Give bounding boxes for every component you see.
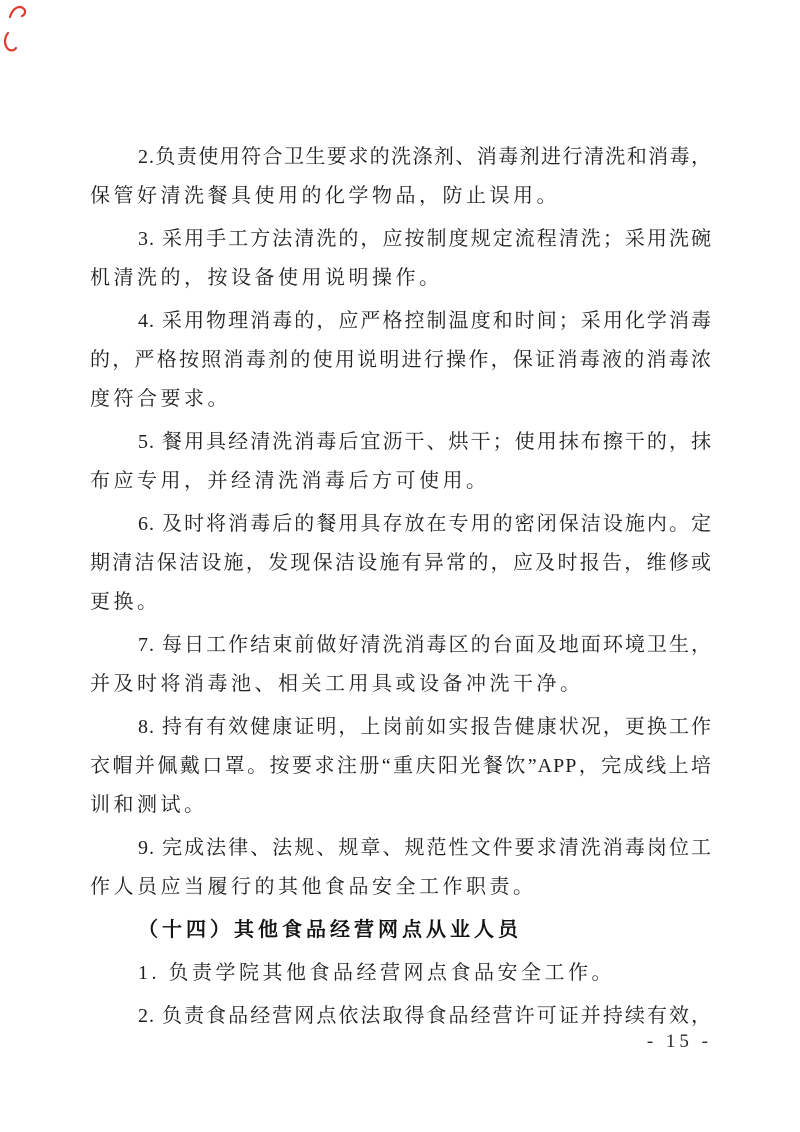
text-line: 9. 完成法律、法规、规章、规范性文件要求清洗消毒岗位工 (90, 829, 712, 868)
red-ink-mark (2, 31, 20, 53)
text-line: 并及时将消毒池、相关工用具或设备冲洗干净。 (90, 665, 712, 704)
red-ink-mark (8, 4, 32, 22)
paragraph: 2. 负责食品经营网点依法取得食品经营许可证并持续有效， (90, 997, 712, 1036)
document-page: 2.负责使用符合卫生要求的洗涤剂、消毒剂进行清洗和消毒，保管好清洗餐具使用的化学… (0, 0, 800, 1132)
text-line: （十四）其他食品经营网点从业人员 (90, 911, 712, 950)
page-number: - 15 - (647, 1031, 712, 1053)
paragraph: 7. 每日工作结束前做好清洗消毒区的台面及地面环境卫生，并及时将消毒池、相关工用… (90, 626, 712, 704)
paragraph: 4. 采用物理消毒的，应严格控制温度和时间；采用化学消毒的，严格按照消毒剂的使用… (90, 302, 712, 419)
paragraph: 3. 采用手工方法清洗的，应按制度规定流程清洗；采用洗碗机清洗的，按设备使用说明… (90, 220, 712, 298)
text-line: 8. 持有有效健康证明，上岗前如实报告健康状况，更换工作 (90, 708, 712, 747)
section-heading: （十四）其他食品经营网点从业人员 (90, 911, 712, 950)
text-line: 度符合要求。 (90, 380, 712, 419)
text-line: 5. 餐用具经清洗消毒后宜沥干、烘干；使用抹布擦干的，抹 (90, 423, 712, 462)
text-line: 1. 负责学院其他食品经营网点食品安全工作。 (90, 954, 712, 993)
text-line: 布应专用，并经清洗消毒后方可使用。 (90, 462, 712, 501)
text-line: 更换。 (90, 583, 712, 622)
text-line: 7. 每日工作结束前做好清洗消毒区的台面及地面环境卫生， (90, 626, 712, 665)
text-line: 2.负责使用符合卫生要求的洗涤剂、消毒剂进行清洗和消毒， (90, 138, 712, 177)
text-line: 3. 采用手工方法清洗的，应按制度规定流程清洗；采用洗碗 (90, 220, 712, 259)
text-line: 期清洁保洁设施，发现保洁设施有异常的，应及时报告，维修或 (90, 544, 712, 583)
paragraph: 2.负责使用符合卫生要求的洗涤剂、消毒剂进行清洗和消毒，保管好清洗餐具使用的化学… (90, 138, 712, 216)
text-line: 保管好清洗餐具使用的化学物品，防止误用。 (90, 177, 712, 216)
paragraph: 9. 完成法律、法规、规章、规范性文件要求清洗消毒岗位工作人员应当履行的其他食品… (90, 829, 712, 907)
paragraph: 6. 及时将消毒后的餐用具存放在专用的密闭保洁设施内。定期清洁保洁设施，发现保洁… (90, 505, 712, 622)
paragraph: 5. 餐用具经清洗消毒后宜沥干、烘干；使用抹布擦干的，抹布应专用，并经清洗消毒后… (90, 423, 712, 501)
text-line: 训和测试。 (90, 786, 712, 825)
text-line: 2. 负责食品经营网点依法取得食品经营许可证并持续有效， (90, 997, 712, 1036)
text-line: 6. 及时将消毒后的餐用具存放在专用的密闭保洁设施内。定 (90, 505, 712, 544)
text-line: 作人员应当履行的其他食品安全工作职责。 (90, 868, 712, 907)
text-line: 4. 采用物理消毒的，应严格控制温度和时间；采用化学消毒 (90, 302, 712, 341)
document-body: 2.负责使用符合卫生要求的洗涤剂、消毒剂进行清洗和消毒，保管好清洗餐具使用的化学… (90, 138, 712, 1040)
text-line: 机清洗的，按设备使用说明操作。 (90, 259, 712, 298)
paragraph: 1. 负责学院其他食品经营网点食品安全工作。 (90, 954, 712, 993)
paragraph: 8. 持有有效健康证明，上岗前如实报告健康状况，更换工作衣帽并佩戴口罩。按要求注… (90, 708, 712, 825)
text-line: 的，严格按照消毒剂的使用说明进行操作，保证消毒液的消毒浓 (90, 341, 712, 380)
text-line: 衣帽并佩戴口罩。按要求注册“重庆阳光餐饮”APP，完成线上培 (90, 747, 712, 786)
